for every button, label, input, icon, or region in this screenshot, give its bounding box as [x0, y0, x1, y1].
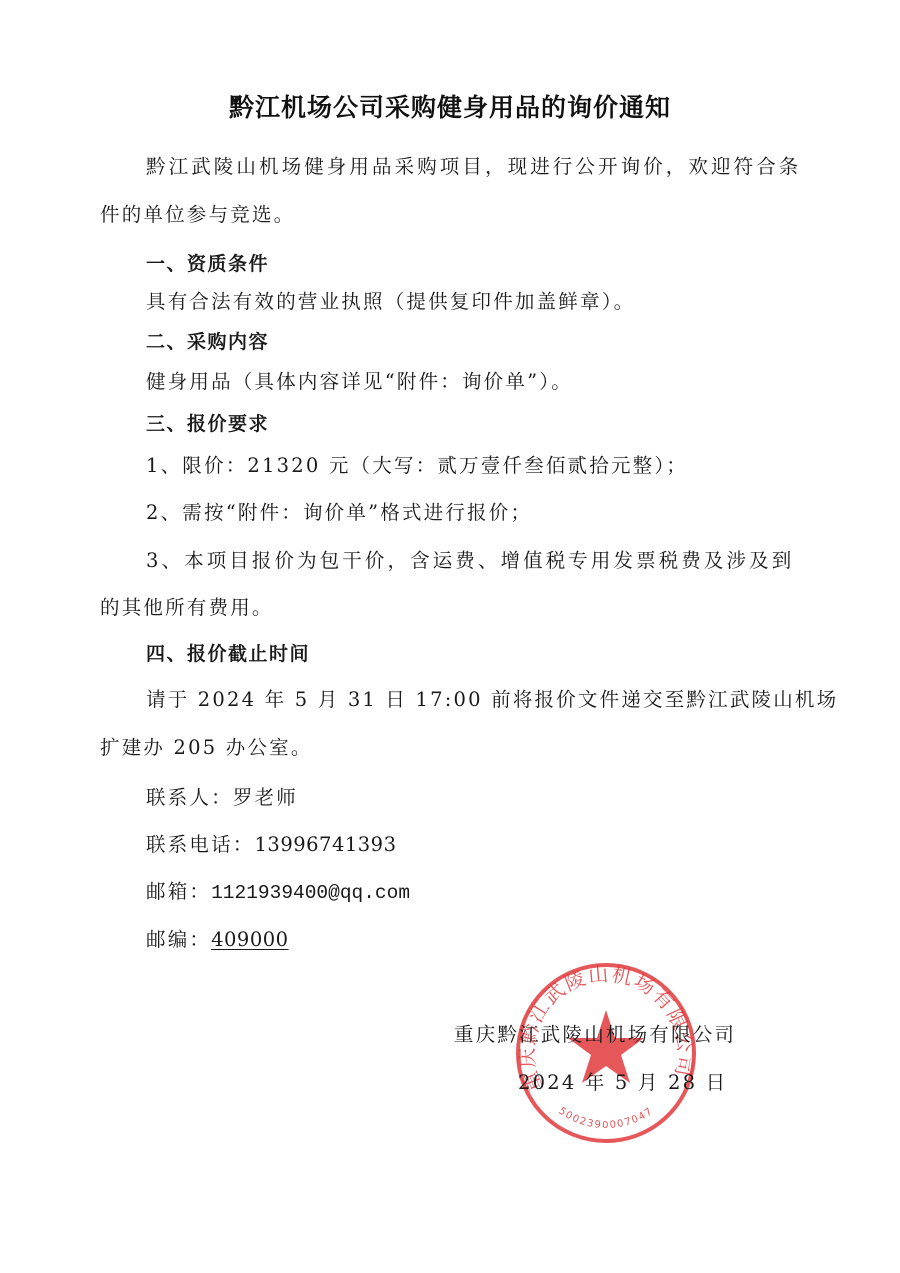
- section-heading-procurement: 二、采购内容: [146, 328, 846, 356]
- contact-postcode-value: 409000: [211, 928, 288, 951]
- requirement-item-3-line-2: 的其他所有费用。: [100, 594, 800, 622]
- contact-postcode-label: 邮编：: [146, 928, 211, 951]
- section-heading-deadline: 四、报价截止时间: [146, 640, 846, 668]
- contact-email: 邮箱：1121939400@qq.com: [146, 878, 846, 907]
- contact-email-label: 邮箱：: [146, 880, 211, 903]
- contact-person: 联系人：罗老师: [146, 784, 846, 812]
- document-title: 黔江机场公司采购健身用品的询价通知: [0, 88, 900, 124]
- signature-company: 重庆黔江武陵山机场有限公司: [454, 1019, 736, 1047]
- contact-phone: 联系电话：13996741393: [146, 831, 846, 859]
- requirement-item-3-line-1: 3、本项目报价为包干价，含运费、增值税专用发票税费及涉及到: [146, 547, 846, 575]
- contact-phone-label: 联系电话：: [146, 833, 255, 856]
- contact-email-value: 1121939400@qq.com: [211, 882, 410, 904]
- deadline-line-2: 扩建办 205 办公室。: [100, 734, 800, 762]
- intro-line-2: 件的单位参与竞选。: [100, 201, 800, 229]
- qualification-text: 具有合法有效的营业执照（提供复印件加盖鲜章）。: [146, 288, 846, 316]
- signature-date: 2024 年 5 月 28 日: [518, 1067, 727, 1095]
- document-page: 黔江机场公司采购健身用品的询价通知 黔江武陵山机场健身用品采购项目，现进行公开询…: [0, 0, 900, 1273]
- section-heading-quote-requirements: 三、报价要求: [146, 410, 846, 438]
- contact-phone-value: 13996741393: [255, 833, 397, 856]
- contact-person-label: 联系人：: [146, 786, 233, 809]
- procurement-text: 健身用品（具体内容详见“附件：询价单”）。: [146, 368, 846, 396]
- intro-line-1: 黔江武陵山机场健身用品采购项目，现进行公开询价，欢迎符合条: [146, 153, 846, 181]
- deadline-line-1: 请于 2024 年 5 月 31 日 17:00 前将报价文件递交至黔江武陵山机…: [146, 686, 846, 714]
- svg-text:5002390007047: 5002390007047: [556, 1106, 655, 1131]
- requirement-item-1: 1、限价：21320 元（大写：贰万壹仟叁佰贰拾元整）；: [146, 452, 846, 480]
- contact-person-value: 罗老师: [233, 786, 298, 809]
- official-seal-stamp-icon: 重庆黔江武陵山机场有限公司 5002390007047: [511, 958, 701, 1148]
- contact-postcode: 邮编：409000: [146, 926, 846, 954]
- section-heading-qualification: 一、资质条件: [146, 250, 846, 278]
- requirement-item-2: 2、需按“附件：询价单”格式进行报价；: [146, 499, 846, 527]
